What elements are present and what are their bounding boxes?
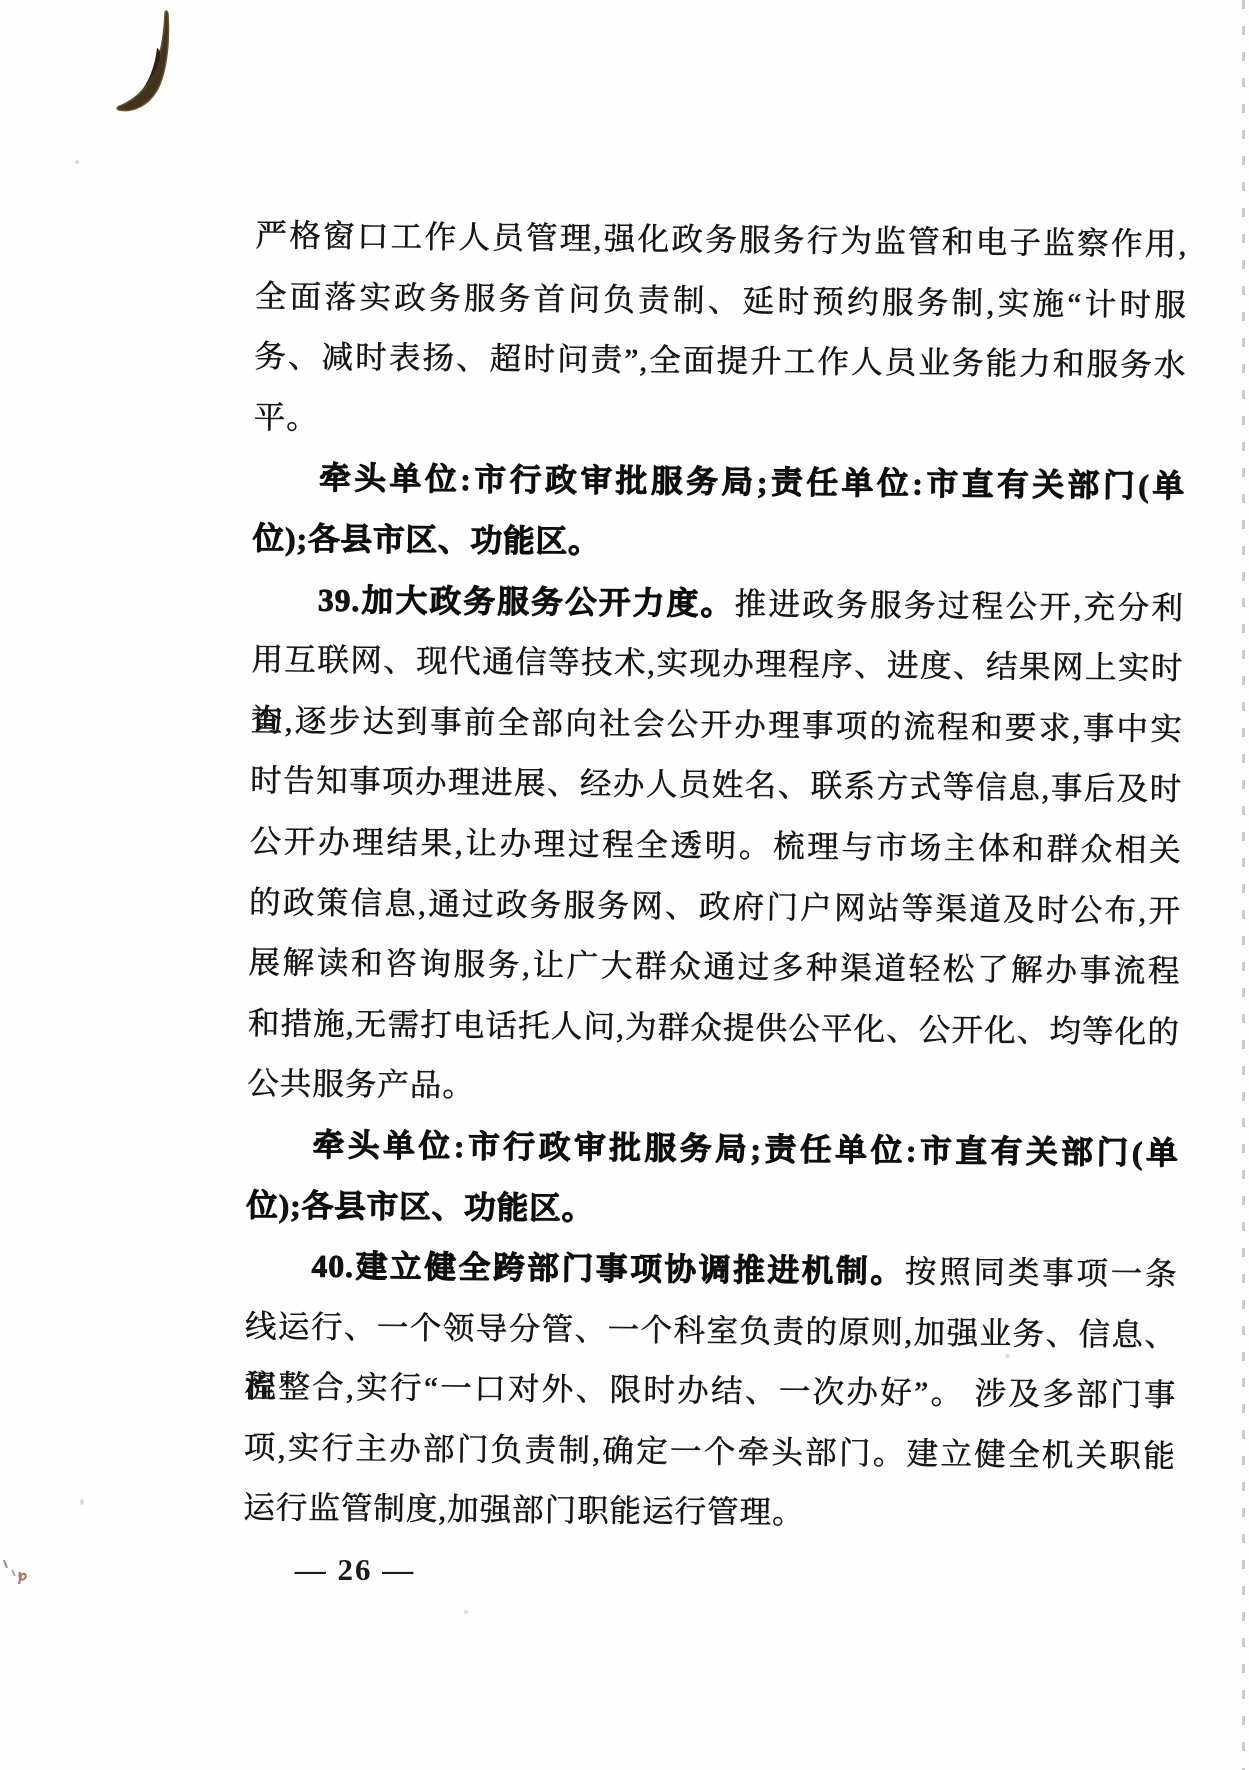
body-text: 推进政务服务过程公开,充分利 xyxy=(734,586,1184,625)
body-text: 程整合,实行“一口对外、限时办结、一次办好”。 涉及多部门事 xyxy=(244,1369,1176,1413)
body-text: 平。 xyxy=(254,400,319,436)
emphasis-text: 牵头单位:市行政审批服务局;责任单位:市直有关部门(单 xyxy=(313,1128,1179,1171)
document-page: 严格窗口工作人员管理,强化政务服务行为监管和电子监察作用,全面落实政务服务首问负… xyxy=(0,0,1249,1770)
body-text: 询,逐步达到事前全部向社会公开办理事项的流程和要求,事中实 xyxy=(251,703,1183,747)
text-line: 时告知事项办理进展、经办人员姓名、联系方式等信息,事后及时 xyxy=(250,751,1183,821)
document-body: 严格窗口工作人员管理,强化政务服务行为监管和电子监察作用,全面落实政务服务首问负… xyxy=(243,206,1188,1548)
text-line: 务、减时表扬、超时问责”,全面提升工作人员业务能力和服务水 xyxy=(254,327,1187,397)
text-line: 运行监管制度,加强部门职能运行管理。 xyxy=(243,1478,1176,1548)
emphasis-text: 牵头单位:市行政审批服务局;责任单位:市直有关部门(单 xyxy=(319,461,1185,504)
text-line: 和措施,无需打电话托人问,为群众提供公平化、公开化、均等化的 xyxy=(248,994,1181,1064)
text-line: 公共服务产品。 xyxy=(247,1054,1180,1124)
scan-speck xyxy=(75,160,79,164)
text-line: 程整合,实行“一口对外、限时办结、一次办好”。 涉及多部门事 xyxy=(244,1357,1177,1427)
body-text: 的政策信息,通过政务服务网、政府门户网站等渠道及时公布,开 xyxy=(249,885,1181,929)
text-line: 位);各县市区、功能区。 xyxy=(246,1176,1179,1246)
text-line: 39.加大政务服务公开力度。推进政务服务过程公开,充分利 xyxy=(252,570,1185,640)
text-line: 展解读和咨询服务,让广大群众通过多种渠道轻松了解办事流程 xyxy=(248,933,1181,1003)
ink-blot-artifact xyxy=(103,8,187,120)
emphasis-text: 39.加大政务服务公开力度。 xyxy=(318,582,735,621)
page-number: — 26 — xyxy=(295,1552,416,1587)
text-line: 线运行、一个领导分管、一个科室负责的原则,加强业务、信息、流 xyxy=(245,1297,1178,1367)
emphasis-text: 位);各县市区、功能区。 xyxy=(252,521,600,559)
body-text: 严格窗口工作人员管理,强化政务服务行为监管和电子监察作用, xyxy=(255,218,1187,262)
scan-speck xyxy=(464,1610,468,1614)
text-line: 平。 xyxy=(253,388,1186,458)
body-text: 运行监管制度,加强部门职能运行管理。 xyxy=(243,1490,805,1530)
scan-speck xyxy=(80,1499,84,1505)
body-text: 展解读和咨询服务,让广大群众通过多种渠道轻松了解办事流程 xyxy=(248,945,1180,989)
body-text: 项,实行主办部门负责制,确定一个牵头部门。建立健全机关职能 xyxy=(244,1430,1176,1474)
text-line: 全面落实政务服务首问负责制、延时预约服务制,实施“计时服 xyxy=(255,267,1188,337)
text-line: 牵头单位:市行政审批服务局;责任单位:市直有关部门(单 xyxy=(246,1115,1179,1185)
body-text: 和措施,无需打电话托人问,为群众提供公平化、公开化、均等化的 xyxy=(248,1006,1180,1050)
emphasis-text: 位);各县市区、功能区。 xyxy=(246,1188,594,1226)
text-line: 位);各县市区、功能区。 xyxy=(252,509,1185,579)
text-line: 的政策信息,通过政务服务网、政府门户网站等渠道及时公布,开 xyxy=(249,873,1182,943)
text-line: 40.建立健全跨部门事项协调推进机制。按照同类事项一条 xyxy=(245,1236,1178,1306)
body-text: 务、减时表扬、超时问责”,全面提升工作人员业务能力和服务水 xyxy=(254,339,1186,383)
text-line: 用互联网、现代通信等技术,实现办理程序、进度、结果网上实时查 xyxy=(251,630,1184,700)
text-line: 询,逐步达到事前全部向社会公开办理事项的流程和要求,事中实 xyxy=(251,691,1184,761)
text-line: 牵头单位:市行政审批服务局;责任单位:市直有关部门(单 xyxy=(253,448,1186,518)
body-text: 时告知事项办理进展、经办人员姓名、联系方式等信息,事后及时 xyxy=(250,763,1182,807)
emphasis-text: 40.建立健全跨部门事项协调推进机制。 xyxy=(311,1249,905,1290)
text-line: 公开办理结果,让办理过程全透明。梳理与市场主体和群众相关 xyxy=(249,812,1182,882)
scan-edge-artifact xyxy=(1242,0,1245,1770)
body-text: 公共服务产品。 xyxy=(247,1066,475,1103)
text-line: 项,实行主办部门负责制,确定一个牵头部门。建立健全机关职能 xyxy=(244,1418,1177,1488)
body-text: 全面落实政务服务首问负责制、延时预约服务制,实施“计时服 xyxy=(255,279,1187,323)
body-text: 公开办理结果,让办理过程全透明。梳理与市场主体和群众相关 xyxy=(250,824,1182,868)
handwritten-mark xyxy=(0,1556,40,1592)
body-text: 按照同类事项一条 xyxy=(905,1254,1178,1292)
text-line: 严格窗口工作人员管理,强化政务服务行为监管和电子监察作用, xyxy=(255,206,1188,276)
page-footer: — 26 — xyxy=(250,1548,460,1592)
